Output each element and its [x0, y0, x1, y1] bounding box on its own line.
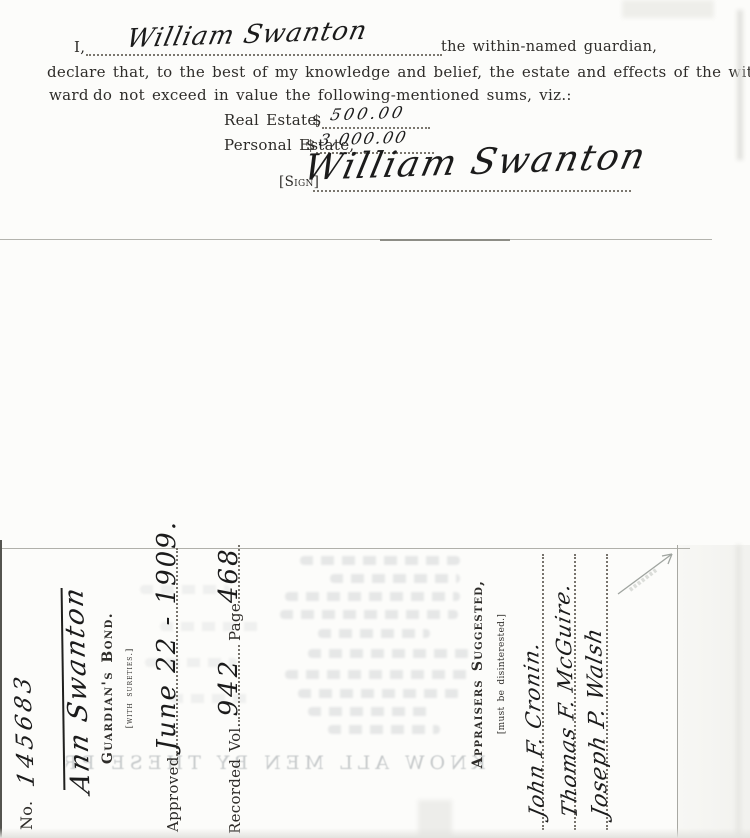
approved-ruled-line: June 22 - 1909.: [158, 548, 178, 756]
ward-name-handwriting: Ann Swanton: [56, 572, 100, 792]
recorded-vol-handwriting: 942: [214, 658, 244, 717]
approved-row: Approved June 22 - 1909.: [158, 548, 182, 832]
approved-label: Approved: [164, 756, 182, 832]
guardian-name-handwriting: William Swanton: [128, 20, 366, 50]
declaration-line3-rest: do not exceed in value the following-men…: [93, 86, 572, 104]
declaration-line3-ward: ward: [49, 86, 89, 104]
page-number-ruled-line: 468: [220, 545, 240, 603]
appraisers-heading: Appraisers Suggested,: [470, 558, 486, 790]
recorded-label: Recorded Vol.: [226, 722, 244, 834]
recorded-vol-ruled-line: 942: [220, 645, 240, 722]
appraisers-note: [must be disinterested.]: [497, 598, 507, 750]
real-estate-value-handwriting: 500.00: [331, 104, 405, 123]
appraiser-line-3: Joseph P. Walsh: [572, 554, 608, 830]
declaration-post-text: the within-named guardian,: [441, 39, 657, 55]
page-number-handwriting: 468: [214, 547, 244, 603]
scan-artifact-patch: [622, 0, 714, 18]
docket-subtitle: [with sureties.]: [125, 636, 135, 740]
scanned-document-page: I, William Swanton the within-named guar…: [0, 0, 750, 838]
real-estate-dollar-sign: $: [312, 111, 322, 129]
appraiser-line-2: Thomas F. McGuire.: [540, 554, 576, 830]
declaration-line2: declare that, to the best of my knowledg…: [47, 63, 609, 81]
fold-crease-dark-segment: [380, 239, 510, 241]
real-estate-label: Real Estate,: [224, 111, 322, 129]
case-number-label: No.: [17, 801, 36, 830]
case-number-handwriting: 145683: [12, 674, 38, 786]
docket-title: Guardian's Bond.: [100, 610, 116, 766]
guardian-signature-handwriting: William Swanton: [306, 142, 645, 183]
fold-crease-line: [0, 239, 712, 240]
docket-panel: No. 145683 Ann Swanton Guardian's Bond. …: [0, 545, 690, 838]
scan-artifact-streak: [737, 10, 743, 160]
scan-artifact-streak-bottom-right: [736, 545, 741, 838]
case-number-row: No. 145683: [12, 580, 38, 830]
approved-date-handwriting: June 22 - 1909.: [152, 520, 182, 750]
scan-bottom-edge-shade: [0, 828, 750, 838]
appraiser-line-1: John F. Cronin.: [508, 554, 544, 830]
page-label: Page: [226, 603, 244, 641]
declaration-pre-text: I,: [74, 38, 85, 56]
recorded-row: Recorded Vol. 942 Page 468: [220, 545, 244, 834]
appraiser-name-3-handwriting: Joseph P. Walsh: [582, 625, 614, 819]
